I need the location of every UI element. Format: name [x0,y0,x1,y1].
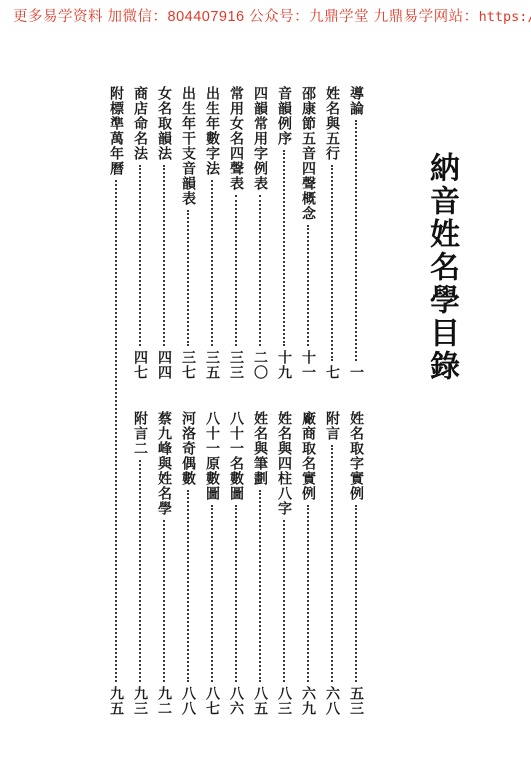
dotted-leader [331,165,333,361]
dotted-leader [163,520,165,682]
toc-entry-page: 九三 [130,686,150,716]
toc-entry-title: 女名取韻法 [154,86,174,161]
toc-entry-page: 三七 [178,350,198,380]
dotted-leader [235,505,237,682]
toc-entry-title: 音韻例序 [274,86,294,146]
toc-entry: 八十一原數圖 八七 [199,411,225,716]
toc-entry-title: 姓名與四柱八字 [274,411,294,516]
toc-entry-title: 附言 [322,411,342,441]
dotted-leader [187,490,189,682]
toc-entry: 姓名取字實例 五三 [343,411,369,716]
toc-entry: 附言二 九三 [127,411,153,716]
dotted-leader [283,520,285,682]
toc-entry-page: 四七 [130,350,150,380]
toc-entry: 女名取韻法 四四 [151,86,177,380]
toc-entry-title: 附標準萬年曆 [106,86,126,176]
promo-text: 更多易学资料 加微信：804407916 公众号：九鼎学堂 九鼎易学网站： [13,9,479,25]
toc-entry-title: 四韻常用字例表 [250,86,270,191]
dotted-leader [139,165,141,346]
dotted-leader [187,210,189,346]
toc-entry-page: 六九 [298,686,318,716]
toc-entry-title: 出生年數字法 [202,86,222,176]
dotted-leader [307,225,309,346]
toc-entry-title: 導論 [346,86,366,116]
toc-entry-page: 八六 [226,686,246,716]
toc-entry-title: 常用女名四聲表 [226,86,246,191]
toc-entry-page: 六八 [322,686,342,716]
toc-entry: 出生年干支音韻表 三七 [175,86,201,380]
toc-entry-page: 三五 [202,350,222,380]
toc-entry-title: 蔡九峰與姓名學 [154,411,174,516]
dotted-leader [283,150,285,346]
toc-entry-title: 八十一原數圖 [202,411,222,501]
toc-entry-title: 河洛奇偶數 [178,411,198,486]
toc-entry-page: 八三 [274,686,294,716]
toc-entry-page: 二〇 [250,350,270,380]
toc-entry-appendix: 附標準萬年曆 九五 [103,86,129,716]
toc-entry-page: 八七 [202,686,222,716]
toc-entry-page: 九五 [106,686,126,716]
toc-entry: 出生年數字法 三五 [199,86,225,380]
toc-entry-page: 十九 [274,350,294,380]
promo-url: https://www.jdyx6.com/ [479,9,531,25]
toc-entry-title: 附言二 [130,411,150,456]
toc-entry-page: 十一 [298,350,318,380]
toc-entry: 附言 六八 [319,411,345,716]
toc-entry-page: 一 [346,365,366,380]
toc-entry: 邵康節五音四聲概念 十一 [295,86,321,380]
toc-entry-page: 八八 [178,686,198,716]
dotted-leader [355,120,357,361]
toc-entry-title: 邵康節五音四聲概念 [298,86,318,221]
toc-entry: 常用女名四聲表 三三 [223,86,249,380]
dotted-leader [259,195,261,346]
toc-entry-page: 八五 [250,686,270,716]
toc-entry-title: 出生年干支音韻表 [178,86,198,206]
dotted-leader [355,505,357,682]
toc-entry-title: 廠商取名實例 [298,411,318,501]
toc-entry-page: 四四 [154,350,174,380]
toc-entry: 八十一名數圖 八六 [223,411,249,716]
dotted-leader [211,180,213,346]
toc-entry: 廠商取名實例 六九 [295,411,321,716]
dotted-leader [307,505,309,682]
toc-entry-page: 三三 [226,350,246,380]
toc-entry: 姓名與筆劃 八五 [247,411,273,716]
dotted-leader [139,460,141,682]
toc-entry: 商店命名法 四七 [127,86,153,380]
toc-entry: 姓名與四柱八字 八三 [271,411,297,716]
page-title: 納音姓名學目錄 [419,152,463,383]
toc-entry-title: 姓名取字實例 [346,411,366,501]
toc-entry-title: 商店命名法 [130,86,150,161]
dotted-leader [235,195,237,346]
dotted-leader [259,490,261,682]
toc-entry-title: 八十一名數圖 [226,411,246,501]
toc-entry: 河洛奇偶數 八八 [175,411,201,716]
toc-entry: 蔡九峰與姓名學 九二 [151,411,177,716]
toc-entry: 四韻常用字例表 二〇 [247,86,273,380]
toc-entry-title: 姓名與筆劃 [250,411,270,486]
dotted-leader [115,180,117,682]
toc-entry-page: 九二 [154,686,174,716]
dotted-leader [331,445,333,682]
toc-entry: 導論 一 [343,86,369,380]
dotted-leader [163,165,165,346]
toc-entry-title: 姓名與五行 [322,86,342,161]
promo-header: 更多易学资料 加微信：804407916 公众号：九鼎学堂 九鼎易学网站：htt… [13,8,525,26]
toc-entry: 音韻例序 十九 [271,86,297,380]
toc-entry-page: 七 [322,365,342,380]
dotted-leader [211,505,213,682]
toc-entry-page: 五三 [346,686,366,716]
toc-entry: 姓名與五行 七 [319,86,345,380]
